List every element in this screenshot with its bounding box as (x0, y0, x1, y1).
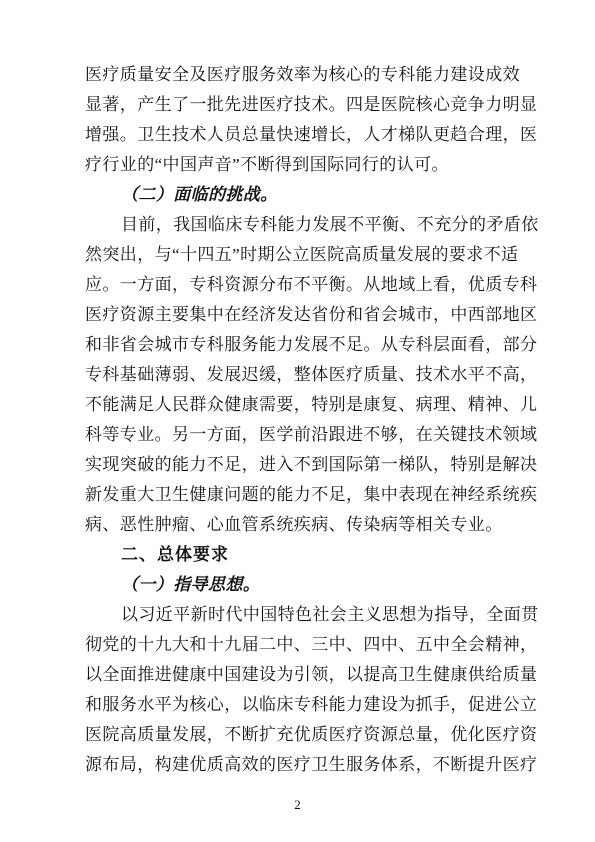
text-line: 显著，产生了一批先进医疗技术。四是医院核心竞争力明显 (85, 90, 515, 120)
section-heading: （二）面临的挑战。 (85, 180, 515, 210)
section-heading: （一）指导思想。 (85, 570, 515, 600)
text-line: 医院高质量发展，不断扩充优质医疗资源总量，优化医疗资 (85, 720, 515, 750)
text-line: 和非省会城市专科服务能力发展不足。从专科层面看，部分 (85, 330, 515, 360)
text-line: 专科基础薄弱、发展迟缓，整体医疗质量、技术水平不高， (85, 360, 515, 390)
text-line: 病、恶性肿瘤、心血管系统疾病、传染病等相关专业。 (85, 510, 515, 540)
text-line: 科等专业。另一方面，医学前沿跟进不够，在关键技术领域 (85, 420, 515, 450)
text-line: 彻党的十九大和十九届二中、三中、四中、五中全会精神， (85, 630, 515, 660)
text-line: 新发重大卫生健康问题的能力不足，集中表现在神经系统疾 (85, 480, 515, 510)
section-heading: 二、总体要求 (85, 540, 515, 570)
text-line: 以全面推进健康中国建设为引领，以提高卫生健康供给质量 (85, 660, 515, 690)
text-line: 增强。卫生技术人员总量快速增长，人才梯队更趋合理，医 (85, 120, 515, 150)
text-line: 医疗资源主要集中在经济发达省份和省会城市，中西部地区 (85, 300, 515, 330)
document-text: 医疗质量安全及医疗服务效率为核心的专科能力建设成效显著，产生了一批先进医疗技术。… (85, 60, 515, 780)
text-line: 和服务水平为核心，以临床专科能力建设为抓手，促进公立 (85, 690, 515, 720)
text-line: 实现突破的能力不足，进入不到国际第一梯队，特别是解决 (85, 450, 515, 480)
text-line: 然突出，与“十四五”时期公立医院高质量发展的要求不适 (85, 240, 515, 270)
text-line: 应。一方面，专科资源分布不平衡。从地域上看，优质专科 (85, 270, 515, 300)
document-page: 医疗质量安全及医疗服务效率为核心的专科能力建设成效显著，产生了一批先进医疗技术。… (0, 0, 595, 842)
page-number: 2 (0, 796, 595, 814)
text-line: 目前，我国临床专科能力发展不平衡、不充分的矛盾依 (85, 210, 515, 240)
text-line: 不能满足人民群众健康需要，特别是康复、病理、精神、儿 (85, 390, 515, 420)
text-line: 医疗质量安全及医疗服务效率为核心的专科能力建设成效 (85, 60, 515, 90)
text-line: 以习近平新时代中国特色社会主义思想为指导，全面贯 (85, 600, 515, 630)
text-line: 源布局，构建优质高效的医疗卫生服务体系，不断提升医疗 (85, 750, 515, 780)
text-line: 疗行业的“中国声音”不断得到国际同行的认可。 (85, 150, 515, 180)
